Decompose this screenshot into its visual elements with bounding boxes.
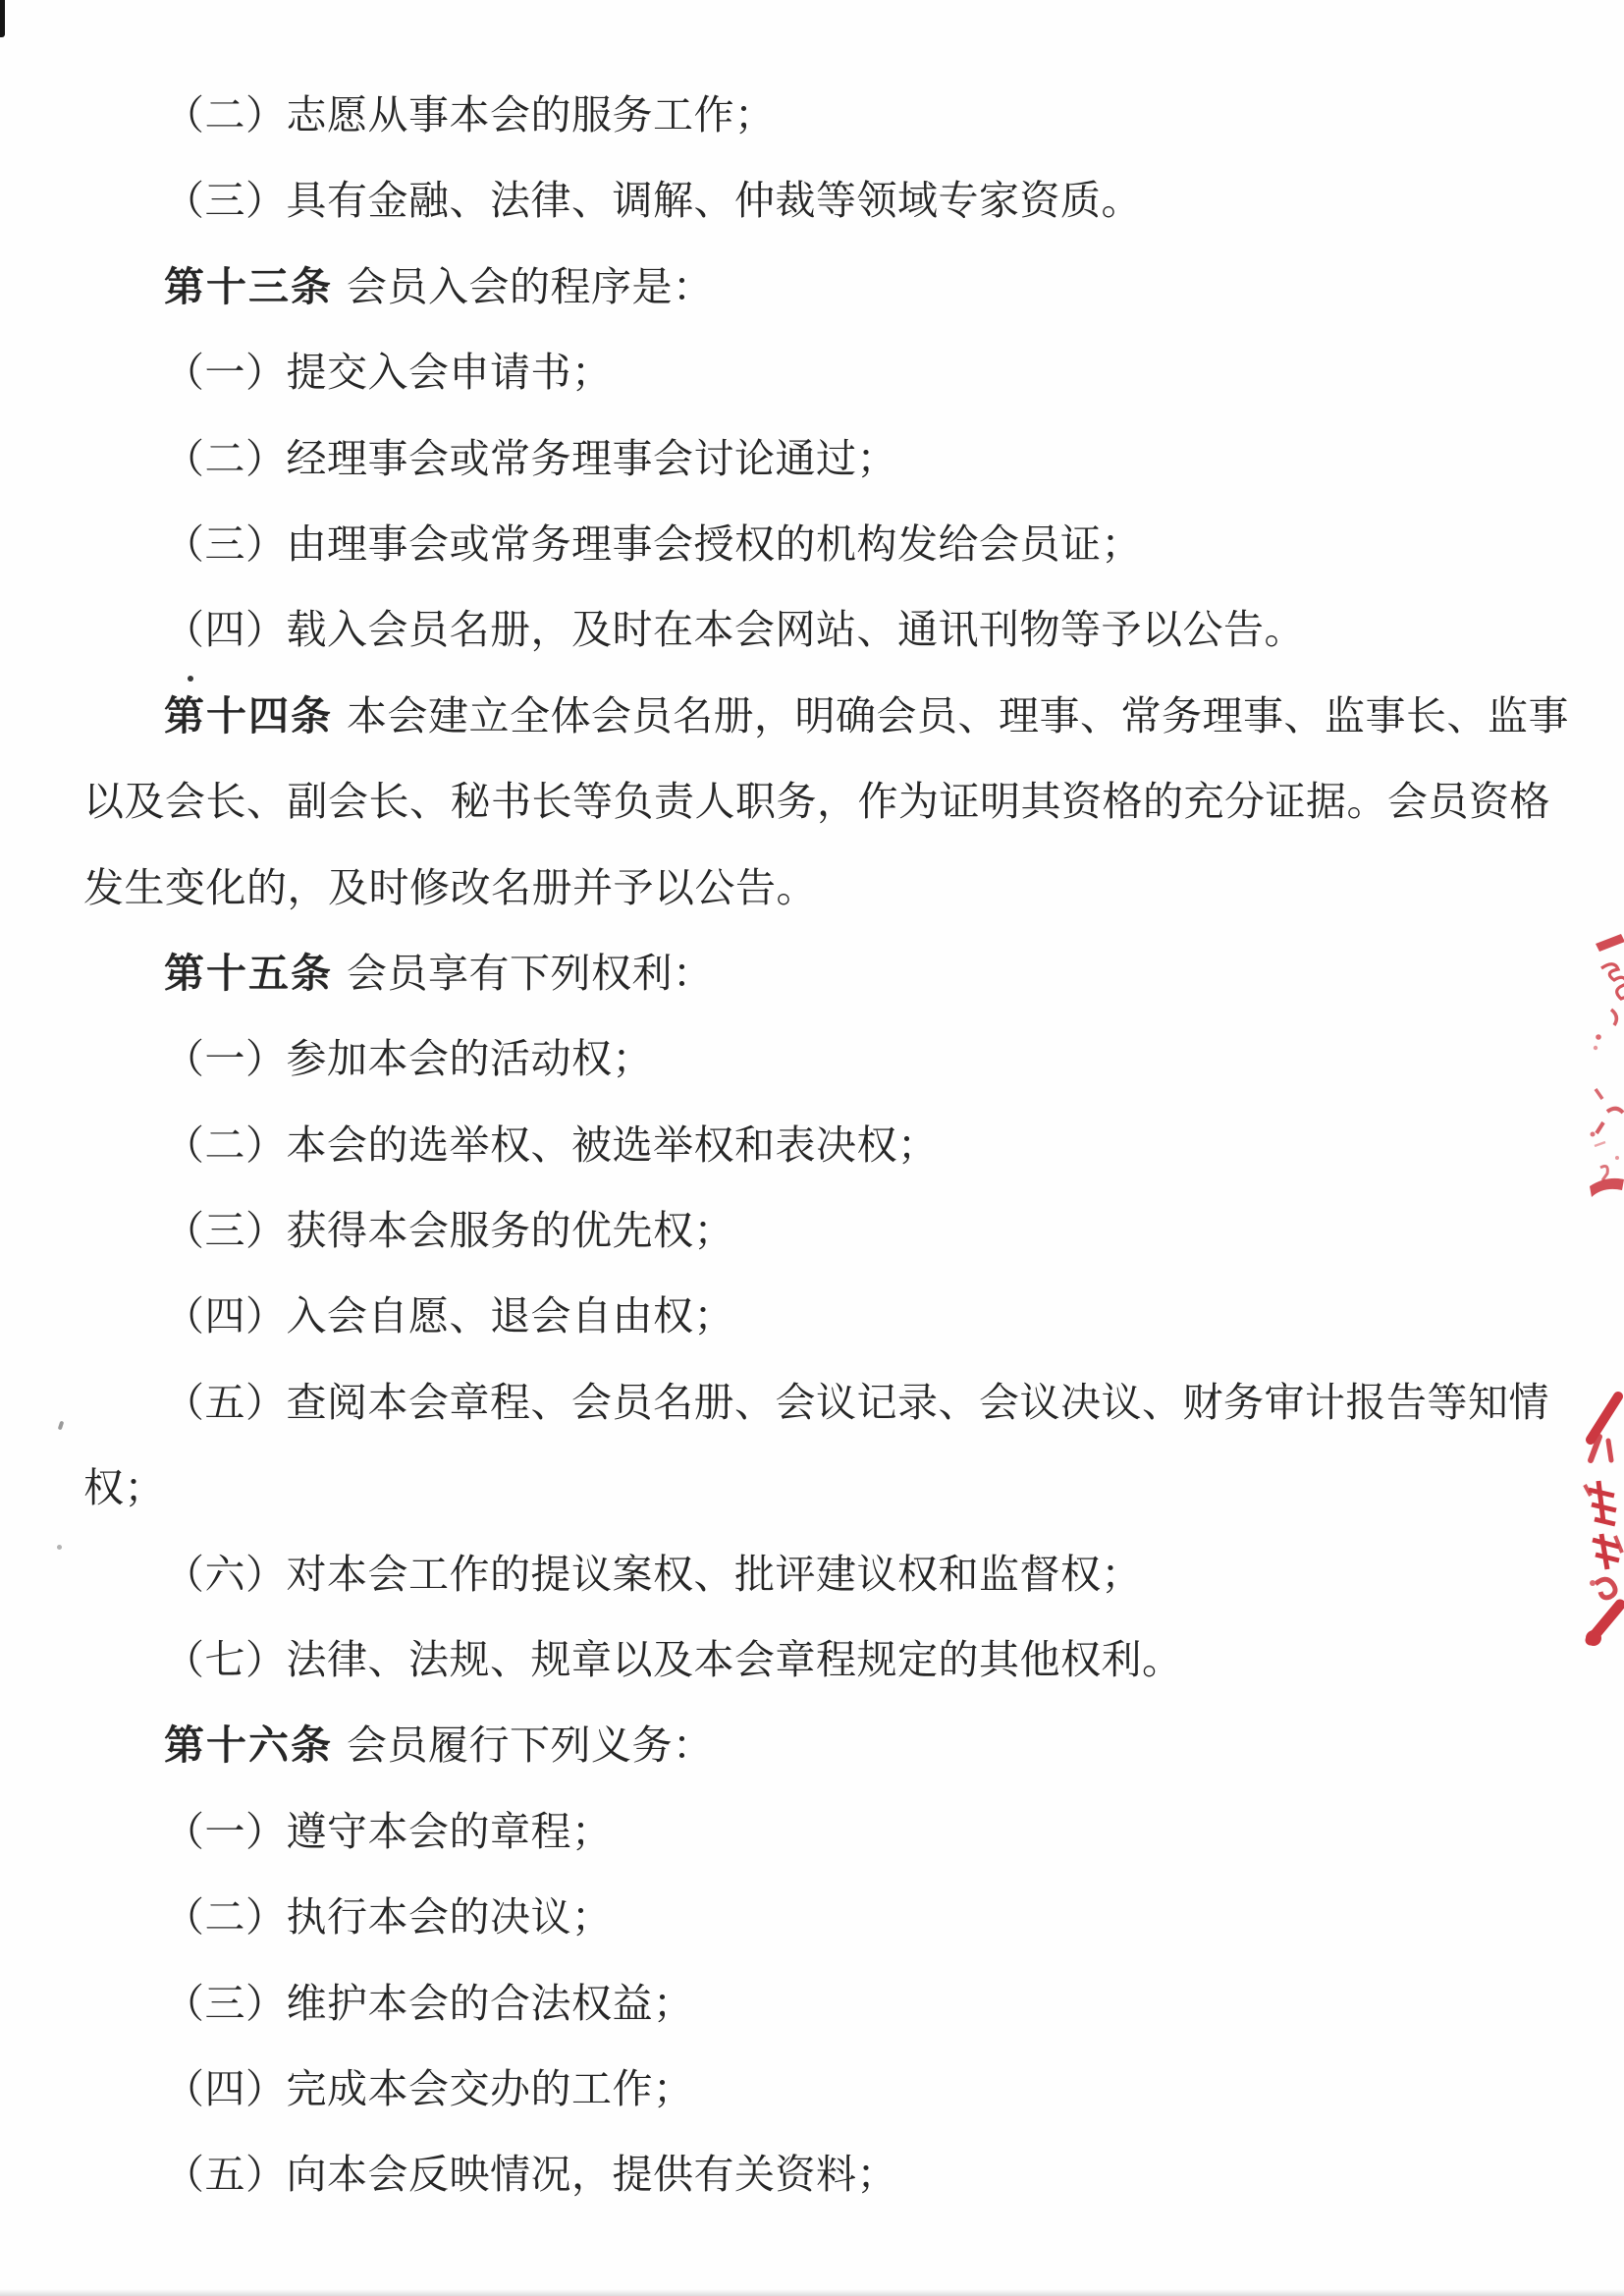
scanned-document-page: （二）志愿从事本会的服务工作； （三）具有金融、法律、调解、仲裁等领域专家资质。… — [0, 0, 1624, 2296]
document-line: （四）载入会员名册，及时在本会网站、通讯刊物等予以公告。 — [83, 587, 1537, 673]
line-text: （四）完成本会交办的工作； — [164, 2066, 694, 2111]
line-text: （三）由理事会或常务理事会授权的机构发给会员证； — [164, 521, 1142, 567]
line-text: （一）遵守本会的章程； — [164, 1809, 613, 1854]
line-text: （六）对本会工作的提议案权、批评建议权和监督权； — [164, 1552, 1142, 1597]
document-line: （七）法律、法规、规章以及本会章程规定的其他权利。 — [83, 1617, 1537, 1703]
red-seal-fragment-icon — [1583, 931, 1624, 1226]
line-text: （三）具有金融、法律、调解、仲裁等领域专家资质。 — [164, 178, 1142, 223]
document-line: （四）入会自愿、退会自由权； — [83, 1274, 1537, 1359]
document-line: （二）经理事会或常务理事会讨论通过； — [83, 416, 1537, 502]
document-line: （三）维护本会的合法权益； — [83, 1961, 1537, 2047]
line-text: （一）提交入会申请书； — [164, 350, 613, 395]
document-line: 第十四条本会建立全体会员名册，明确会员、理事、常务理事、监事长、监事 — [83, 674, 1537, 759]
document-line: 以及会长、副会长、秘书长等负责人职务，作为证明其资格的充分证据。会员资格 — [83, 759, 1537, 845]
line-text: 会员入会的程序是： — [347, 264, 714, 309]
document-line: 权； — [83, 1446, 1537, 1531]
line-text: 会员履行下列义务： — [347, 1722, 714, 1768]
document-line: （三）由理事会或常务理事会授权的机构发给会员证； — [83, 502, 1537, 587]
article-number-label: 第十六条 — [164, 1722, 333, 1768]
red-seal-fragment-icon — [1569, 1391, 1624, 1673]
document-line: （三）具有金融、法律、调解、仲裁等领域专家资质。 — [83, 158, 1537, 244]
article-number-label: 第十五条 — [164, 951, 333, 996]
line-text: （二）经理事会或常务理事会讨论通过； — [164, 436, 897, 481]
line-text: （三）维护本会的合法权益； — [164, 1981, 694, 2026]
document-line: （二）志愿从事本会的服务工作； — [83, 73, 1537, 158]
scan-speck — [188, 676, 193, 682]
document-line: 第十五条会员享有下列权利： — [83, 931, 1537, 1016]
article-number-label: 第十三条 — [164, 264, 333, 309]
scan-speck — [57, 1545, 62, 1550]
line-text: （一）参加本会的活动权； — [164, 1036, 653, 1081]
document-lines: （二）志愿从事本会的服务工作； （三）具有金融、法律、调解、仲裁等领域专家资质。… — [83, 73, 1537, 2218]
line-text: （四）载入会员名册，及时在本会网站、通讯刊物等予以公告。 — [164, 607, 1305, 652]
document-line: （一）遵守本会的章程； — [83, 1789, 1537, 1875]
document-line: （二）本会的选举权、被选举权和表决权； — [83, 1103, 1537, 1188]
document-line: （六）对本会工作的提议案权、批评建议权和监督权； — [83, 1532, 1537, 1617]
scan-speck — [58, 1421, 65, 1431]
document-line: （四）完成本会交办的工作； — [83, 2047, 1537, 2132]
document-line: 第十六条会员履行下列义务： — [83, 1703, 1537, 1788]
article-number-label: 第十四条 — [164, 693, 333, 738]
scan-bottom-edge — [0, 2289, 1624, 2296]
document-line: （一）提交入会申请书； — [83, 330, 1537, 415]
line-text: （五）向本会反映情况，提供有关资料； — [164, 2152, 897, 2197]
document-text-block: （二）志愿从事本会的服务工作； （三）具有金融、法律、调解、仲裁等领域专家资质。… — [83, 73, 1537, 2218]
line-text: （三）获得本会服务的优先权； — [164, 1208, 734, 1253]
document-line: （三）获得本会服务的优先权； — [83, 1188, 1537, 1274]
line-text: （五）查阅本会章程、会员名册、会议记录、会议决议、财务审计报告等知情 — [164, 1380, 1549, 1425]
line-text: （二）执行本会的决议； — [164, 1894, 613, 1940]
document-line: （一）参加本会的活动权； — [83, 1016, 1537, 1102]
line-text: 权； — [83, 1465, 165, 1510]
document-line: （五）查阅本会章程、会员名册、会议记录、会议决议、财务审计报告等知情 — [83, 1360, 1537, 1446]
line-text: （七）法律、法规、规章以及本会章程规定的其他权利。 — [164, 1637, 1183, 1682]
document-line: （二）执行本会的决议； — [83, 1875, 1537, 1960]
line-text: 发生变化的，及时修改名册并予以公告。 — [83, 865, 817, 910]
document-line: 第十三条会员入会的程序是： — [83, 245, 1537, 330]
document-line: 发生变化的，及时修改名册并予以公告。 — [83, 846, 1537, 931]
line-text: 会员享有下列权利： — [347, 951, 714, 996]
line-text: （二）志愿从事本会的服务工作； — [164, 92, 776, 137]
scan-edge-artifact — [0, 0, 5, 37]
line-text: （二）本会的选举权、被选举权和表决权； — [164, 1122, 939, 1168]
line-text: 以及会长、副会长、秘书长等负责人职务，作为证明其资格的充分证据。会员资格 — [83, 779, 1550, 824]
document-line: （五）向本会反映情况，提供有关资料； — [83, 2132, 1537, 2217]
line-text: 本会建立全体会员名册，明确会员、理事、常务理事、监事长、监事 — [347, 693, 1569, 738]
line-text: （四）入会自愿、退会自由权； — [164, 1293, 734, 1339]
